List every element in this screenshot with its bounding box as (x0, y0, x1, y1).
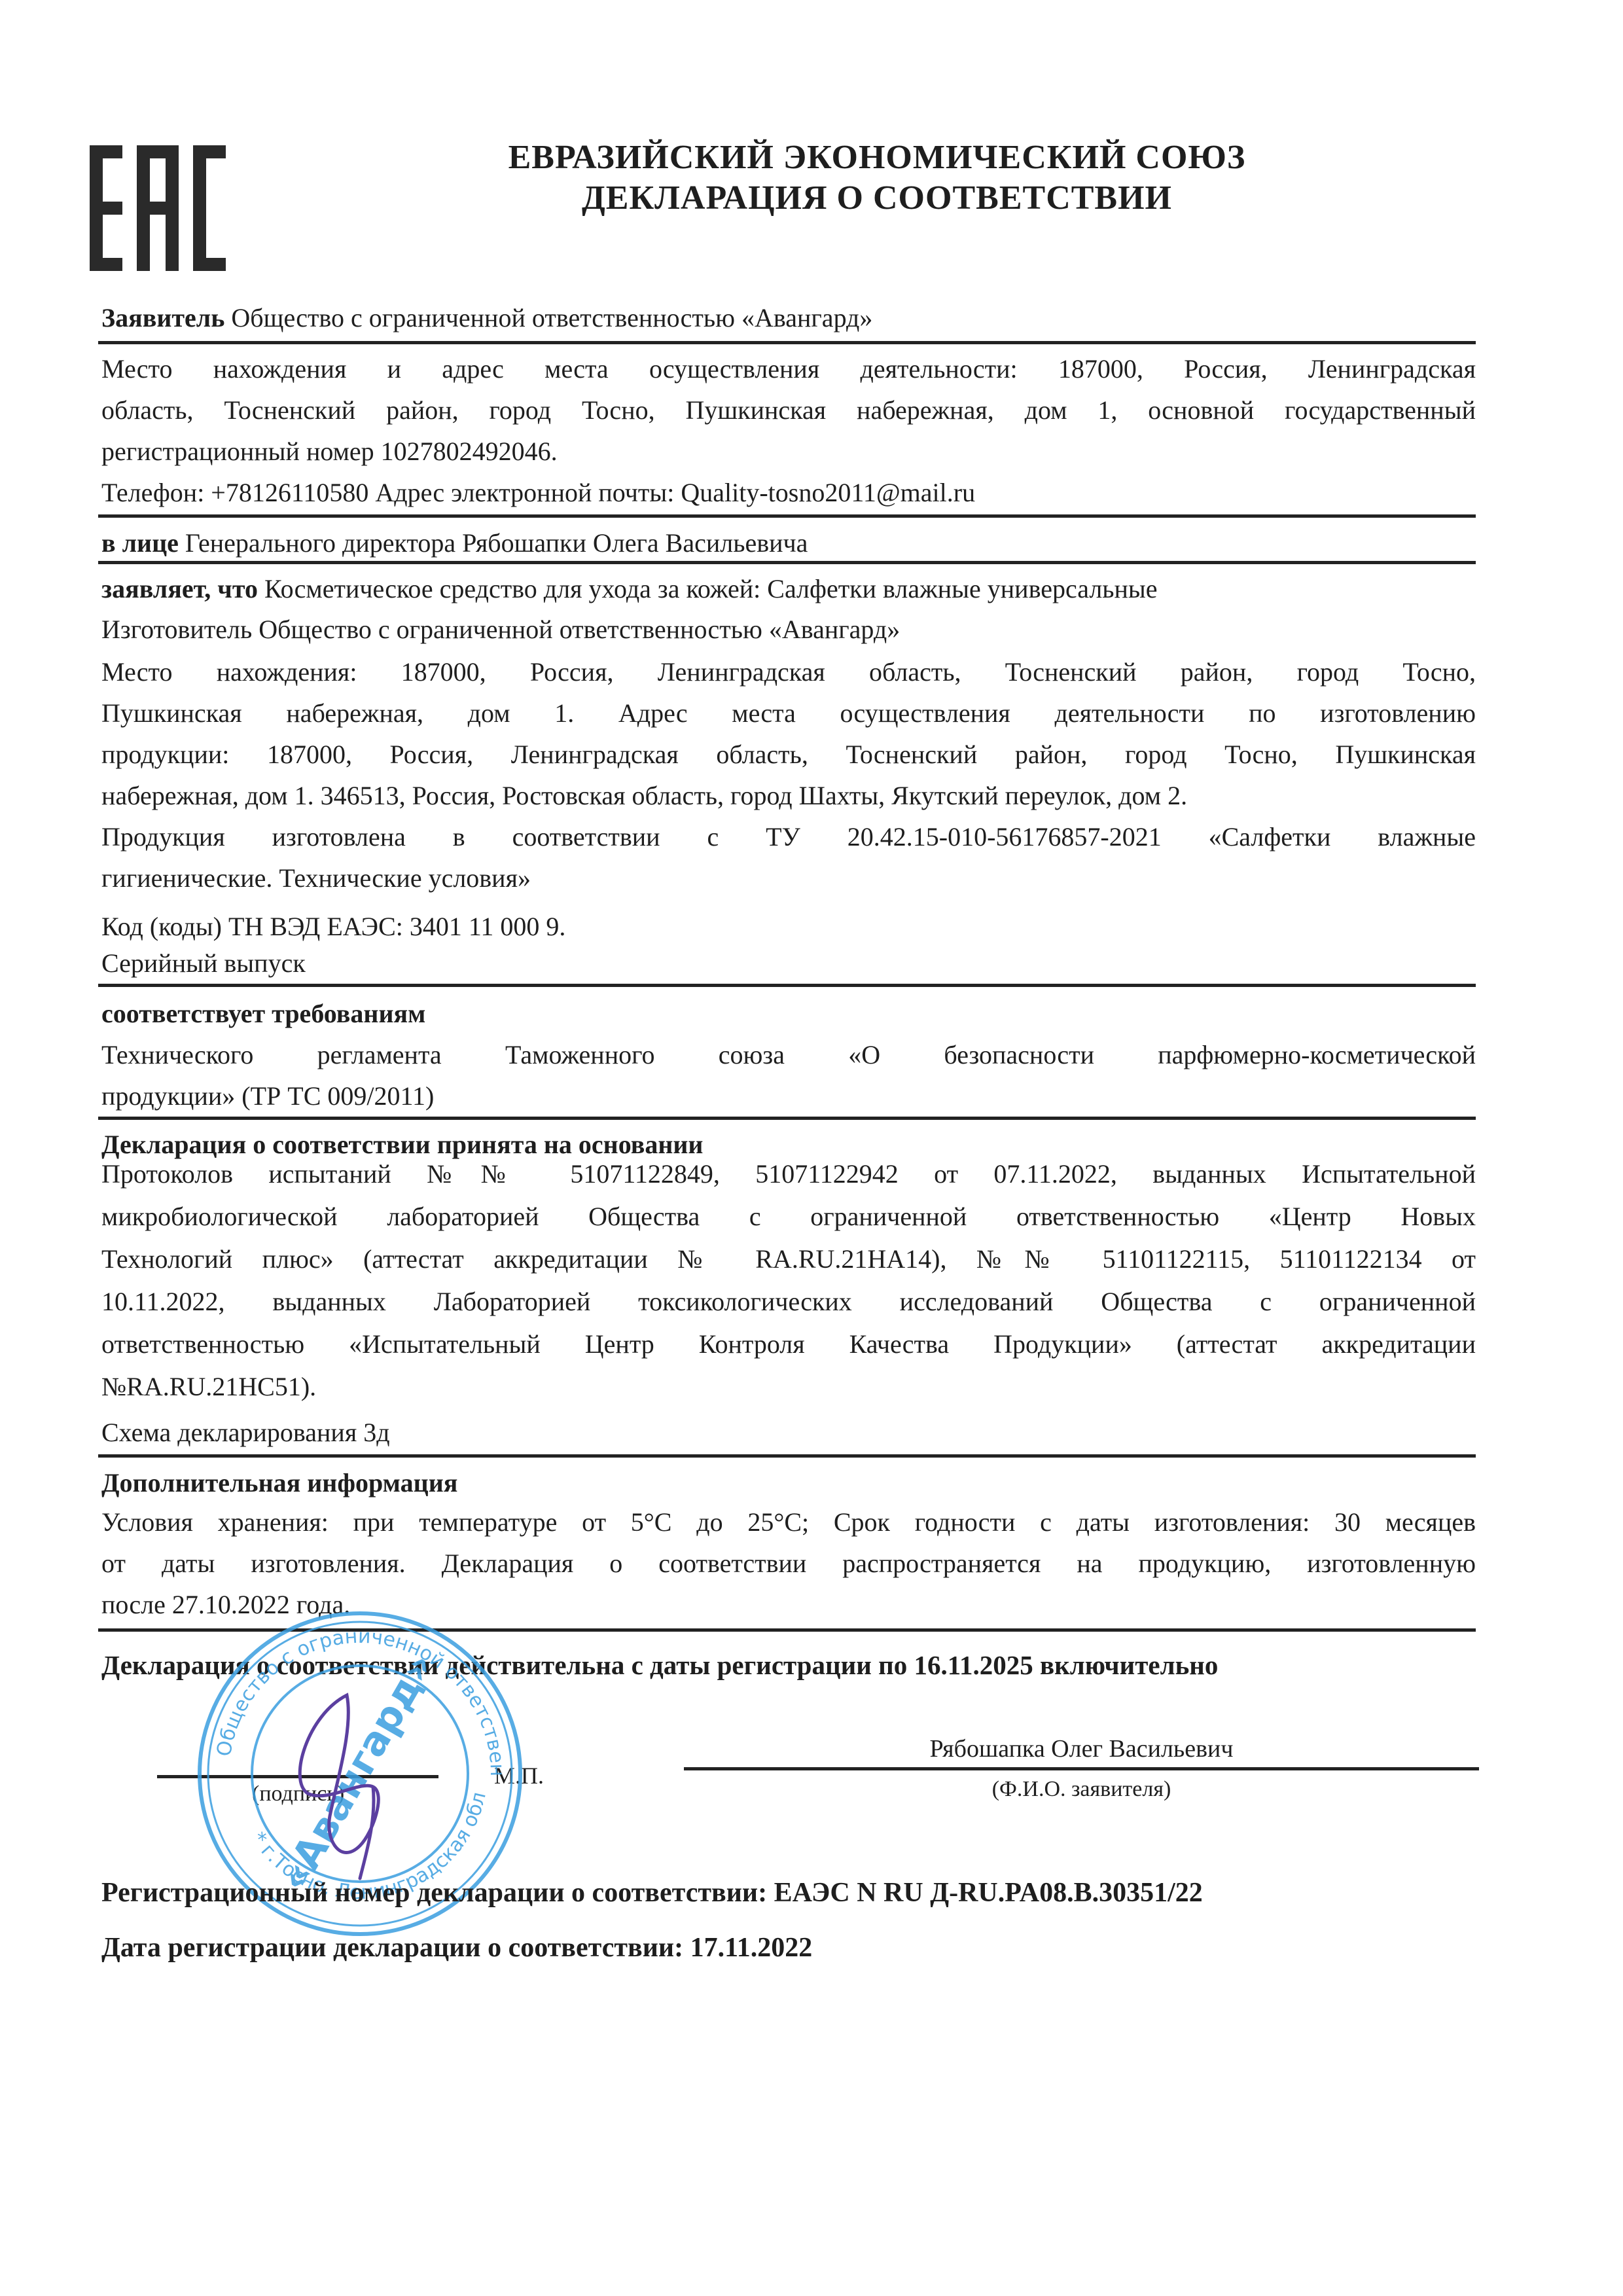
applicant-value: Общество с ограниченной ответственностью… (231, 303, 872, 332)
basis-line: микробиологической лабораторией Общества… (101, 1201, 1476, 1232)
standard-line: гигиенические. Технические условия» (101, 863, 1476, 894)
divider (98, 341, 1476, 344)
production-type: Серийный выпуск (101, 948, 1476, 979)
applicant-label: Заявитель (101, 303, 224, 332)
registration-date-label: Дата регистрации декларации о соответств… (101, 1933, 683, 1963)
basis-line: Технологий плюс» (аттестат аккредитации … (101, 1244, 1476, 1275)
title-union: ЕВРАЗИЙСКИЙ ЭКОНОМИЧЕСКИЙ СОЮЗ (393, 137, 1361, 178)
divider (98, 561, 1476, 564)
signer-name: Рябошапка Олег Васильевич (684, 1734, 1479, 1763)
divider (98, 1454, 1476, 1458)
conformity-line: продукции» (ТР ТС 009/2011) (101, 1081, 1476, 1112)
title-declaration: ДЕКЛАРАЦИЯ О СООТВЕТСТВИИ (393, 178, 1361, 219)
manufacturer-address-line: продукции: 187000, Россия, Ленинградская… (101, 739, 1476, 770)
manufacturer-address-line: Пушкинская набережная, дом 1. Адрес мест… (101, 698, 1476, 729)
basis-line: ответственностью «Испытательный Центр Ко… (101, 1329, 1476, 1360)
hs-code: Код (коды) ТН ВЭД ЕАЭС: 3401 11 000 9. (101, 911, 1476, 942)
registration-date-value: 17.11.2022 (690, 1933, 813, 1963)
manufacturer-address-line: Место нахождения: 187000, Россия, Ленинг… (101, 656, 1476, 688)
applicant-row: Заявитель Общество с ограниченной ответс… (101, 302, 1476, 334)
registration-number-label: Регистрационный номер декларации о соотв… (101, 1878, 767, 1908)
basis-line: Протоколов испытаний №№ 51071122849, 510… (101, 1158, 1476, 1190)
manufacturer-address-line: набережная, дом 1. 346513, Россия, Росто… (101, 780, 1476, 812)
applicant-address-line: регистрационный номер 1027802492046. (101, 436, 1476, 467)
declaration-scheme: Схема декларирования 3д (101, 1417, 1476, 1448)
registration-number-value: ЕАЭС N RU Д-RU.PA08.B.30351/22 (774, 1878, 1203, 1908)
registration-date-row: Дата регистрации декларации о соответств… (101, 1932, 1476, 1964)
signer-caption: (Ф.И.О. заявителя) (684, 1777, 1479, 1802)
divider (98, 984, 1476, 987)
representative-row: в лице Генерального директора Рябошапки … (101, 528, 1476, 559)
applicant-address-line: Место нахождения и адрес места осуществл… (101, 353, 1476, 385)
eac-logo-icon (90, 145, 231, 271)
product-name: Косметическое средство для ухода за коже… (264, 574, 1158, 603)
additional-heading: Дополнительная информация (101, 1467, 1476, 1499)
declares-row: заявляет, что Косметическое средство для… (101, 573, 1476, 605)
additional-line: Условия хранения: при температуре от 5°С… (101, 1507, 1476, 1538)
registration-number-row: Регистрационный номер декларации о соотв… (101, 1877, 1476, 1909)
declares-label: заявляет, что (101, 574, 258, 603)
additional-line: от даты изготовления. Декларация о соотв… (101, 1548, 1476, 1579)
basis-heading: Декларация о соответствии принята на осн… (101, 1129, 1476, 1160)
standard-line: Продукция изготовлена в соответствии с Т… (101, 821, 1476, 853)
basis-line: 10.11.2022, выданных Лабораторией токсик… (101, 1286, 1476, 1318)
basis-line: №RA.RU.21НС51). (101, 1371, 1476, 1403)
applicant-address-line: область, Тосненский район, город Тосно, … (101, 395, 1476, 426)
signer-name-line (684, 1767, 1479, 1770)
divider (98, 1117, 1476, 1120)
applicant-contacts: Телефон: +78126110580 Адрес электронной … (101, 477, 1476, 509)
representative-label: в лице (101, 528, 179, 558)
conformity-heading: соответствует требованиям (101, 998, 1476, 1030)
divider (98, 514, 1476, 518)
representative-value: Генерального директора Рябошапки Олега В… (185, 528, 808, 558)
handwritten-signature-icon (262, 1689, 419, 1885)
conformity-line: Технического регламента Таможенного союз… (101, 1039, 1476, 1071)
manufacturer: Изготовитель Общество с ограниченной отв… (101, 614, 1476, 645)
